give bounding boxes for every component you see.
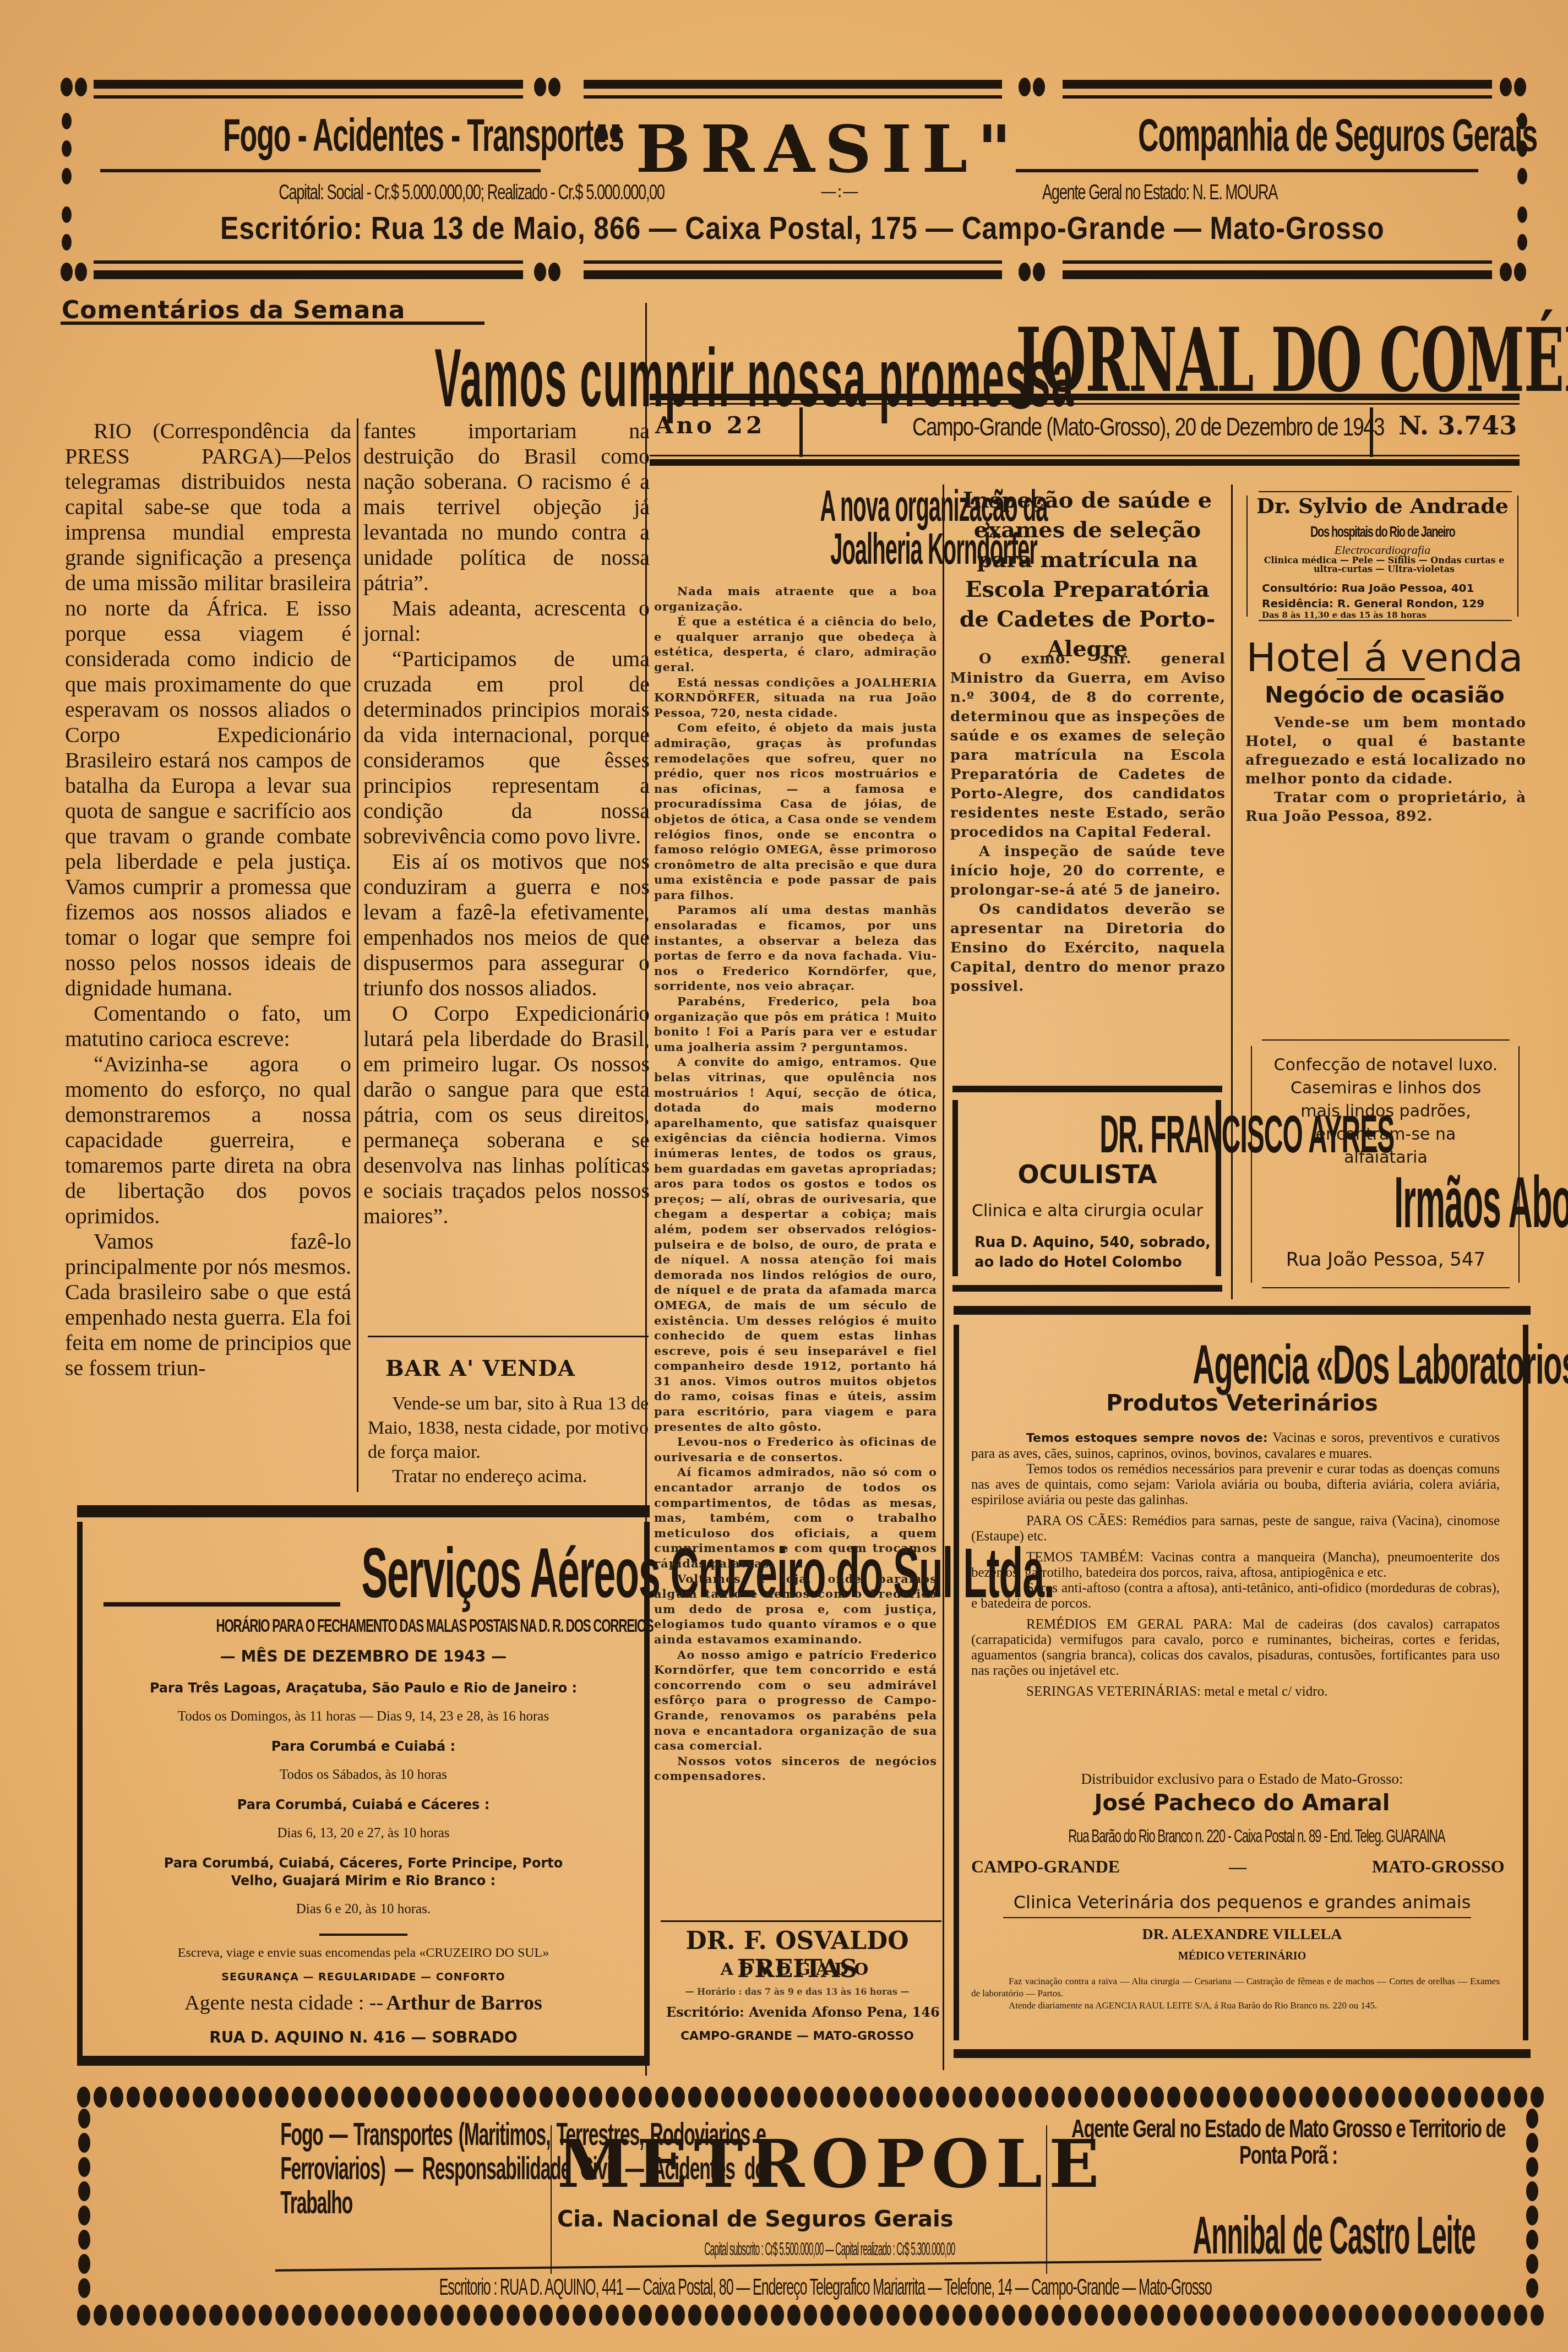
paragraph: Soros anti-aftoso (contra a aftosa), ant… — [971, 1581, 1500, 1611]
ornament-dot — [606, 2087, 619, 2108]
frame-bottom — [954, 2049, 1531, 2058]
route-time: Dias 6, 13, 20 e 27, às 10 horas — [88, 1825, 639, 1842]
ornament-band — [584, 95, 1002, 99]
frame-bottom — [952, 1285, 1222, 1292]
doctor-home: Residência: R. General Rondon, 129 — [1262, 597, 1484, 610]
ornament-dot — [457, 2305, 470, 2326]
ornament-dot — [721, 2305, 734, 2326]
ornament-dot — [639, 2305, 652, 2326]
divider — [319, 1934, 407, 1936]
ornament-dot — [589, 2305, 602, 2326]
ornament-dot — [1052, 2305, 1065, 2326]
ornament-dot — [1517, 234, 1527, 251]
ornament-dot — [1526, 2278, 1538, 2298]
ornament-dot — [1332, 2087, 1346, 2108]
ornament-dot — [1349, 2087, 1362, 2108]
ornament-dot — [1217, 2305, 1230, 2326]
ornament-dot — [969, 2305, 982, 2326]
doctor-services: Clinica médica — Pele — Sífilis — Ondas … — [1257, 556, 1511, 574]
ornament-dot — [523, 2087, 536, 2108]
ornament-dot — [507, 2087, 520, 2108]
agent-name: Arthur de Barros — [386, 1991, 542, 2015]
doctor-hours: Das 8 às 11,30 e das 15 às 18 horas — [1262, 610, 1427, 620]
ornament-dot — [457, 2087, 470, 2108]
lawyer-city: CAMPO-GRANDE — MATO-GROSSO — [653, 2029, 941, 2043]
paragraph: Temos estoques sempre novos de: Vacinas … — [971, 1430, 1500, 1462]
bar-ad-paragraph: Vende-se um bar, sito à Rua 13 de Maio, … — [368, 1392, 649, 1464]
ornament-dot — [1464, 2305, 1478, 2326]
ad-brand: "BRASIL" — [592, 111, 1021, 187]
ornament-dot — [1517, 168, 1527, 184]
ornament-dot-row — [77, 2087, 1542, 2109]
ornament-dot — [853, 2087, 867, 2108]
ornament-dot — [1498, 2087, 1511, 2108]
ornament-dot — [622, 2087, 635, 2108]
lawyer-hours: — Horário : das 7 às 9 e das 13 às 16 ho… — [653, 1986, 941, 1997]
ornament-dot — [1514, 78, 1526, 96]
ornament-dot — [1431, 2087, 1445, 2108]
clinic-line: Clinica Veterinária dos pequenos e grand… — [954, 1892, 1531, 1913]
ornament-dot — [1033, 78, 1045, 96]
ornament-dot — [853, 2305, 867, 2326]
distributor-name: José Pacheco do Amaral — [954, 1790, 1531, 1816]
ornament-dot — [110, 2305, 123, 2326]
ornament-dot-column — [77, 2109, 94, 2307]
route-destination: Para Três Lagoas, Araçatuba, São Paulo e… — [88, 1679, 639, 1697]
ornament-dot — [1184, 2305, 1197, 2326]
frame-top — [1259, 491, 1512, 492]
ornament-dot — [1019, 2087, 1032, 2108]
ornament-dot — [639, 2087, 652, 2108]
ornament-dot — [193, 2305, 206, 2326]
route-time: Todos os Sábados, às 10 horas — [88, 1766, 639, 1784]
ornament-dot — [1266, 2087, 1280, 2108]
paragraph: fantes importariam na destruição do Bras… — [363, 418, 650, 596]
underline — [104, 1602, 340, 1607]
tailor-ad: Confecção de notavel luxo. Casemiras e l… — [1245, 1035, 1526, 1294]
ornament-dot — [787, 2305, 801, 2326]
ornament-dot — [1365, 2087, 1379, 2108]
ornament-dot — [548, 263, 560, 281]
ornament-band — [1063, 95, 1492, 99]
ornament-dot — [655, 2305, 668, 2326]
section-underline — [61, 322, 484, 325]
column-divider — [943, 484, 944, 2070]
paragraph: “Participamos de uma cruzada em prol de … — [363, 646, 650, 849]
metropole-capital: Capital subscrito : Cr$ 5.500.000,00 — C… — [704, 2239, 955, 2260]
ornament-dot — [1481, 2305, 1494, 2326]
paragraph: Está nessas condições a JOALHERIA KORNDÖ… — [654, 675, 937, 721]
ornament-dot — [1316, 2305, 1329, 2326]
ornament-dot — [308, 2305, 322, 2326]
metropole-ad: Fogo — Transportes (Maritimos, Terrestre… — [77, 2087, 1542, 2329]
distributor-label: Distribuidor exclusivo para o Estado de … — [954, 1771, 1531, 1788]
frame-bottom — [77, 2056, 650, 2066]
ornament-dot — [721, 2087, 734, 2108]
ornament-dot — [374, 2305, 388, 2326]
paragraph: Os candidatos deverão se apresentar na D… — [950, 900, 1226, 997]
ornament-dot — [1431, 2305, 1445, 2326]
paragraph: TEMOS TAMBÉM: Vacinas contra a manqueira… — [971, 1550, 1500, 1581]
ornament-dot — [341, 2305, 355, 2326]
paragraph: Com efeito, é objeto da mais justa admir… — [654, 720, 937, 902]
brasil-insurance-ad: Fogo - Acidentes - Transportes "BRASIL" … — [61, 74, 1525, 284]
ornament-band — [94, 260, 523, 264]
city-right: MATO-GROSSO — [1372, 1856, 1505, 1877]
divider — [661, 1920, 941, 1922]
route-destination: Para Corumbá e Cuiabá : — [88, 1738, 639, 1755]
ornament-dot — [1299, 2087, 1313, 2108]
ornament-dot — [903, 2305, 916, 2326]
ornament-dot — [259, 2305, 272, 2326]
ornament-dot — [209, 2087, 222, 2108]
paragraph: É que a estética é a ciência do belo, e … — [654, 614, 937, 674]
hotel-title: Hotel á venda — [1239, 634, 1531, 680]
ornament-dot — [540, 2305, 553, 2326]
frame-bottom — [1262, 1287, 1510, 1288]
oculist-address: Rua D. Aquino, 540, sobrado, — [974, 1234, 1211, 1251]
vet-name: DR. ALEXANDRE VILLELA — [954, 1926, 1531, 1943]
tailor-name: Irmãos Abouche — [1394, 1161, 1568, 1244]
masthead-rule — [650, 403, 1520, 405]
ornament-dot — [622, 2305, 635, 2326]
ornament-dot — [1085, 2305, 1098, 2326]
ornament-dot — [886, 2305, 900, 2326]
ornament-dot — [1514, 2087, 1527, 2108]
paragraph: A convite do amigo, entramos. Que belas … — [654, 1054, 937, 1434]
ornament-dot — [78, 2181, 90, 2201]
ornament-dot — [61, 263, 73, 281]
ornament-dot — [1002, 2087, 1015, 2108]
ornament-dot — [804, 2305, 817, 2326]
ornament-dot — [507, 2305, 520, 2326]
paragraph: Levou-nos o Frederico às oficinas de our… — [654, 1434, 937, 1464]
frame-top — [1262, 1039, 1510, 1041]
ornament-dot — [391, 2087, 404, 2108]
doctor-office: Consultório: Rua João Pessoa, 401 — [1262, 581, 1474, 595]
ornament-dot — [160, 2305, 173, 2326]
paragraph: Faz vacinação contra a raiva — Alta ciru… — [971, 1975, 1500, 2000]
ornament-dot — [1250, 2305, 1263, 2326]
ornament-dot — [1526, 2133, 1538, 2153]
raul-leite-body: Temos estoques sempre novos de: Vacinas … — [971, 1430, 1500, 1700]
lead-bold: Temos estoques sempre novos de: — [1026, 1431, 1268, 1445]
ornament-band — [1063, 270, 1492, 279]
ad-left-title: Fogo - Acidentes - Transportes — [223, 108, 624, 162]
ornament-dot — [1167, 2087, 1180, 2108]
ornament-dot — [490, 2305, 503, 2326]
route-time: Todos os Domingos, às 11 horas — Dias 9,… — [88, 1708, 639, 1725]
ornament-dot — [62, 113, 72, 129]
ornament-dot — [77, 2087, 90, 2108]
ornament-dot — [952, 2087, 966, 2108]
ornament-dot — [523, 2305, 536, 2326]
schedule: Para Três Lagoas, Araçatuba, São Paulo e… — [88, 1676, 639, 1918]
route-destination: Para Corumbá, Cuiabá, Cáceres, Forte Pri… — [154, 1854, 573, 1890]
bar-ad-paragraph: Tratar no endereço acima. — [368, 1464, 649, 1489]
ornament-dot — [193, 2087, 206, 2108]
ornament-dot — [275, 2305, 288, 2326]
ornament-dot — [176, 2305, 189, 2326]
ornament-dot — [1200, 2305, 1213, 2326]
ornament-dot — [325, 2305, 338, 2326]
ornament-dot — [242, 2305, 255, 2326]
ornament-dot — [556, 2087, 569, 2108]
paragraph: Ao nosso amigo e patrício Frederico Korn… — [654, 1647, 937, 1754]
ornament-dot — [62, 140, 72, 157]
ornament-dot — [986, 2087, 999, 2108]
ornament-dot — [1514, 2305, 1527, 2326]
ornament-dot — [986, 2305, 999, 2326]
ornament-dot — [1526, 2157, 1538, 2177]
paragraph: Paramos alí uma destas manhãs ensolarada… — [654, 902, 937, 994]
ad-right-title: Companhia de Seguros Gerais — [1138, 108, 1537, 162]
ornament-dot — [374, 2087, 388, 2108]
ornament-dot — [1266, 2305, 1280, 2326]
ornament-dot — [1019, 2305, 1032, 2326]
divider — [1337, 678, 1425, 680]
ornament-dot — [176, 2087, 189, 2108]
frame-top — [954, 1306, 1531, 1315]
distributor-address: Rua Barão do Rio Branco n. 220 - Caixa P… — [1068, 1826, 1445, 1847]
ornament-dot — [325, 2087, 338, 2108]
ornament-band — [94, 80, 523, 89]
ornament-dot — [160, 2087, 173, 2108]
tailor-address: Rua João Pessoa, 547 — [1245, 1249, 1526, 1271]
ornament-dot — [75, 263, 87, 281]
capital-line: Capital: Social - Cr.$ 5.000.000,00; Rea… — [279, 181, 664, 205]
paragraph: PARA OS CÃES: Remédios para sarnas, pest… — [971, 1513, 1500, 1544]
ornament-dot — [1526, 2230, 1538, 2250]
ornament-dot — [78, 2133, 90, 2153]
ornament-dot — [94, 2305, 107, 2326]
ornament-dot — [1068, 2087, 1081, 2108]
masthead-divider — [799, 407, 803, 457]
cruzeiro-address: RUA D. AQUINO N. 416 — SOBRADO — [77, 2028, 650, 2046]
ornament-dot — [573, 2305, 586, 2326]
ornament-dot — [209, 2305, 222, 2326]
cruzeiro-slogan: Escreva, viage e envie suas encomendas p… — [77, 1946, 650, 1961]
ornament-dot — [1151, 2305, 1164, 2326]
raul-leite-subtitle: Produtos Veterinários — [954, 1391, 1531, 1416]
ornament-dot — [358, 2305, 371, 2326]
separator: —:— — [820, 182, 859, 202]
ornament-dot — [473, 2305, 487, 2326]
frame-line — [551, 2125, 552, 2274]
ornament-dot — [952, 2305, 966, 2326]
ornament-dot — [837, 2087, 850, 2108]
ornament-dot — [75, 78, 87, 96]
ornament-dot — [919, 2305, 933, 2326]
ornament-dot — [1233, 2305, 1246, 2326]
underline — [100, 169, 541, 172]
ornament-dot — [78, 2230, 90, 2250]
ornament-dot — [1398, 2305, 1412, 2326]
ornament-dot — [78, 2109, 90, 2128]
ornament-dot — [886, 2087, 900, 2108]
section-title: Comentários da Semana — [62, 296, 405, 324]
masthead-divider — [1370, 407, 1373, 457]
ornament-dot — [1526, 2181, 1538, 2201]
cruzeiro-motto: SEGURANÇA — REGULARIDADE — CONFORTO — [77, 1971, 650, 1983]
inspecao-body: O exmo. snr. general Ministro da Guerra,… — [950, 650, 1226, 997]
oculist-desc: Clinica e alta cirurgia ocular — [952, 1201, 1222, 1221]
ornament-dot — [1349, 2305, 1362, 2326]
ornament-dot — [804, 2087, 817, 2108]
cruzeiro-subtitle: HORÁRIO PARA O FECHAMENTO DAS MALAS POST… — [216, 1615, 654, 1637]
ornament-dot — [1002, 2305, 1015, 2326]
doctor-name: Dr. Sylvio de Andrade — [1242, 493, 1523, 518]
ornament-dot — [1332, 2305, 1346, 2326]
paragraph: Mais adeanta, acrescenta o jornal: — [363, 596, 650, 646]
ornament-dot — [1217, 2087, 1230, 2108]
ornament-dot — [308, 2087, 322, 2108]
metropole-office: Escritorio : RUA D. AQUINO, 441 — Caixa … — [439, 2274, 1212, 2300]
ornament-band — [94, 95, 523, 99]
paragraph: Comentando o fato, um matutino carioca e… — [65, 1001, 351, 1052]
ornament-dot — [548, 78, 560, 96]
ornament-dot — [1526, 2254, 1538, 2274]
vet-role: MÉDICO VETERINÁRIO — [954, 1950, 1531, 1963]
agent-label: Agente nesta cidade : -- — [184, 1991, 383, 2015]
ornament-dot — [1200, 2087, 1213, 2108]
metropole-agent-label: Agente Geral no Estado de Mato Grosso e … — [1070, 2115, 1506, 2168]
ornament-dot — [473, 2087, 487, 2108]
raul-leite-ad: Agencia «Dos Laboratorios Raul Leite S/A… — [954, 1306, 1531, 2060]
ornament-dot — [1233, 2087, 1246, 2108]
issue-number: N. 3.743 — [1398, 411, 1517, 440]
ornament-band — [584, 270, 1002, 279]
tailor-text: Confecção de notavel luxo. Casemiras e l… — [1273, 1054, 1499, 1169]
ornament-dot — [589, 2087, 602, 2108]
paragraph: Temos todos os remédios necessários para… — [971, 1462, 1500, 1508]
ornament-dot — [127, 2087, 140, 2108]
cruzeiro-ad: Serviços Aéreos Cruzeiro do Sul Ltda. HO… — [77, 1505, 650, 2067]
ornament-dot — [94, 2087, 107, 2108]
paragraph: Nada mais atraente que a boa organização… — [654, 584, 937, 614]
ornament-dot — [1167, 2305, 1180, 2326]
ornament-dot — [1134, 2087, 1147, 2108]
cruzeiro-month: — MÊS DE DEZEMBRO DE 1943 — — [77, 1647, 650, 1665]
inspecao-headline: Inspeção de saúde e exames de seleção pa… — [947, 486, 1228, 664]
ornament-dot — [936, 2087, 949, 2108]
ornament-band — [1063, 260, 1492, 264]
paragraph: Aí ficamos admirados, não só com o encan… — [654, 1464, 937, 1571]
ornament-dot — [1316, 2087, 1329, 2108]
ornament-dot — [127, 2305, 140, 2326]
ornament-dot — [870, 2087, 883, 2108]
raul-leite-title: Agencia «Dos Laboratorios Raul Leite S/A… — [1193, 1333, 1568, 1397]
bar-ad-title: BAR A' VENDA — [385, 1355, 575, 1381]
ornament-dot — [226, 2087, 239, 2108]
ornament-dot — [1464, 2087, 1478, 2108]
ornament-dot — [407, 2305, 421, 2326]
ornament-dot — [1283, 2305, 1296, 2326]
ornament-dot — [1500, 78, 1512, 96]
ornament-dot — [62, 234, 72, 251]
ornament-dot — [424, 2305, 437, 2326]
ornament-dot — [1134, 2305, 1147, 2326]
frame-top — [77, 1505, 650, 1517]
ornament-dot — [1101, 2087, 1114, 2108]
ornament-dot — [1033, 263, 1045, 281]
city-left: CAMPO-GRANDE — [971, 1856, 1120, 1877]
ornament-dot — [1531, 2305, 1544, 2326]
ornament-dot — [62, 206, 72, 223]
ornament-dot — [655, 2087, 668, 2108]
hotel-paragraph: Vende-se um bem montado Hotel, o qual é … — [1245, 714, 1526, 788]
ornament-dot — [1500, 263, 1512, 281]
ornament-dot — [78, 2278, 90, 2298]
ornament-dot — [837, 2305, 850, 2326]
paragraph: A inspeção de saúde teve início hoje, 20… — [950, 842, 1226, 900]
ornament-dot — [738, 2305, 751, 2326]
ornament-dot — [1382, 2305, 1395, 2326]
frame-line — [1046, 2125, 1047, 2274]
ornament-dot — [440, 2305, 454, 2326]
ornament-dot — [292, 2087, 305, 2108]
ornament-dot — [738, 2087, 751, 2108]
metropole-agent: Annibal de Castro Leite — [1193, 2206, 1476, 2266]
frame-top — [952, 1086, 1222, 1092]
ornament-dot — [275, 2087, 288, 2108]
ornament-dot — [424, 2087, 437, 2108]
ornament-dot — [820, 2305, 834, 2326]
lawyer-role: ADVOGADO — [653, 1960, 941, 1979]
doctor-ad: Dr. Sylvio de Andrade Dos hospitais do R… — [1242, 484, 1528, 622]
office-line: Escritório: Rua 13 de Maio, 866 — Caixa … — [220, 210, 1384, 247]
ornament-dot — [820, 2087, 834, 2108]
masthead-rule — [650, 459, 1520, 466]
ornament-dot-row — [77, 2305, 1542, 2327]
bar-ad-text: Vende-se um bar, sito à Rua 13 de Maio, … — [368, 1392, 649, 1489]
ornament-dot — [936, 2305, 949, 2326]
ornament-dot — [672, 2305, 685, 2326]
paragraph: RIO (Correspondência da PRESS PARGA)—Pel… — [65, 418, 351, 1001]
ornament-dot — [78, 2157, 90, 2177]
paragraph: Vamos fazê-lo principalmente por nós mes… — [65, 1229, 351, 1381]
ornament-dot — [61, 78, 73, 96]
ornament-dot — [1068, 2305, 1081, 2326]
ornament-dot — [1382, 2087, 1395, 2108]
ornament-dot — [1118, 2305, 1131, 2326]
paragraph: Eis aí os motivos que nos conduziram a g… — [363, 849, 650, 1001]
ornament-dot — [754, 2087, 767, 2108]
ornament-dot — [903, 2087, 916, 2108]
joalheria-body: Nada mais atraente que a boa organização… — [654, 584, 937, 1784]
year: Ano 22 — [655, 412, 765, 439]
ornament-dot — [1526, 2109, 1538, 2128]
ornament-dot — [242, 2087, 255, 2108]
ornament-dot — [1283, 2087, 1296, 2108]
agent-line: Agente Geral no Estado: N. E. MOURA — [1042, 181, 1277, 205]
paragraph: Parabéns, Frederico, pela boa organizaçã… — [654, 994, 937, 1054]
paragraph: REMÉDIOS EM GERAL PARA: Mal de cadeiras … — [971, 1617, 1500, 1679]
ornament-dot-column — [1525, 2109, 1542, 2307]
ornament-dot — [573, 2087, 586, 2108]
divider — [368, 1336, 649, 1337]
column-divider — [357, 418, 358, 1492]
ornament-dot — [919, 2087, 933, 2108]
paragraph: SERINGAS VETERINÁRIAS: metal e metal c/ … — [971, 1684, 1500, 1700]
ornament-dot — [1151, 2087, 1164, 2108]
ornament-dot — [1250, 2087, 1263, 2108]
article-column-1: RIO (Correspondência da PRESS PARGA)—Pel… — [65, 418, 351, 1381]
underline — [1016, 169, 1478, 172]
ornament-dot — [1035, 2087, 1048, 2108]
ornament-dot — [490, 2087, 503, 2108]
ornament-dot — [1019, 78, 1031, 96]
